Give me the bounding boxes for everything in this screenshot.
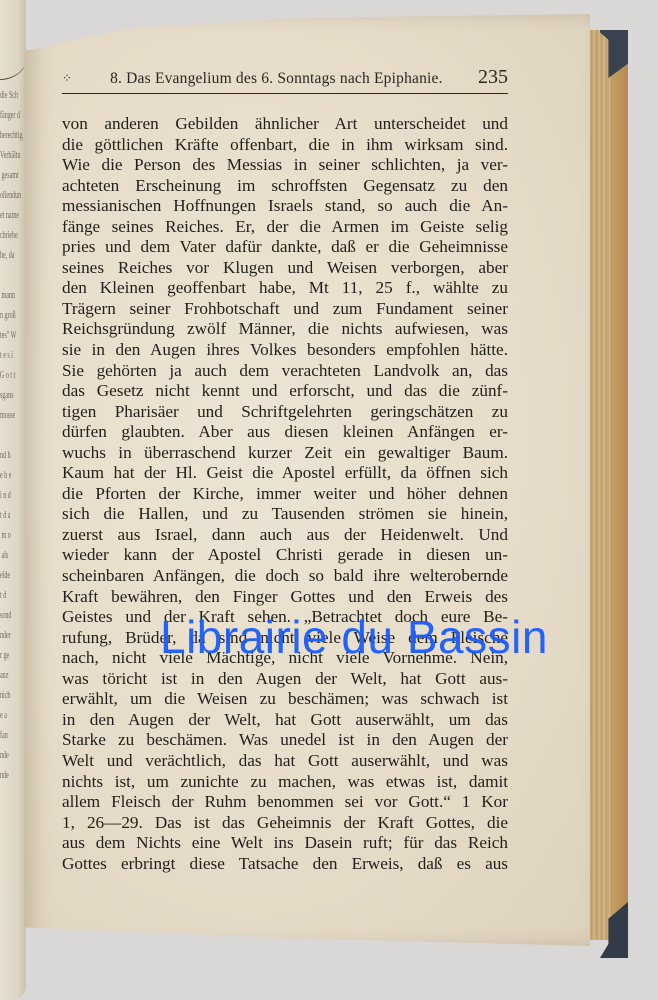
- text-line: tigen Pharisäer und Schriftgelehrten ger…: [62, 402, 508, 423]
- left-page-text-fragments: die Sch fänger d berechtig Verhältn gesa…: [0, 85, 14, 785]
- text-line: erwählt, um die Weisen zu beschämen; was…: [62, 689, 508, 710]
- text-line: 1, 26—29. Das ist das Geheimnis der Kraf…: [62, 813, 508, 834]
- text-line: Welt und verächtlich, das hat Gott auser…: [62, 751, 508, 772]
- text-line: in den Augen der Welt, hat Gott auserwäh…: [62, 710, 508, 731]
- text-line: Wie die Person des Messias in seiner sch…: [62, 155, 508, 176]
- watermark: Librairie du Bassin: [160, 612, 548, 662]
- text-line: dürfen glaubten. Aber aus diesen kleinen…: [62, 422, 508, 443]
- body-text: von anderen Gebilden ähnlicher Art unter…: [62, 114, 508, 874]
- text-line: allem Fleisch der Ruhm benommen sei vor …: [62, 792, 508, 813]
- text-line: wuchs in überraschend kurzer Zeit ein ge…: [62, 443, 508, 464]
- text-line: sich die Hallen, und zu Tausenden ströme…: [62, 504, 508, 525]
- book-cover-edge: [612, 30, 628, 940]
- text-line: die Pforten der Kirche, immer weiter und…: [62, 484, 508, 505]
- text-line: scheinbaren Anfängen, die doch so bald i…: [62, 566, 508, 587]
- text-line: Reichsgründung zwölf Männer, die nichts …: [62, 319, 508, 340]
- page-number: 235: [478, 66, 508, 89]
- text-line: Kraft bewähren, den Finger Gottes und de…: [62, 587, 508, 608]
- text-line: seines Reiches vor Klugen und Weisen ver…: [62, 258, 508, 279]
- running-header: ⁘ 8. Das Evangelium des 6. Sonntags nach…: [62, 66, 508, 94]
- text-line: pries und dem Vater dafür dankte, daß er…: [62, 237, 508, 258]
- text-line: Gottes erbringt diese Tatsache den Erwei…: [62, 854, 508, 875]
- chapter-title: 8. Das Evangelium des 6. Sonntags nach E…: [110, 70, 478, 88]
- text-line: messianischen Hoffnungen Israels stand, …: [62, 196, 508, 217]
- text-line: den Kleinen geoffenbart habe, Mt 11, 25 …: [62, 278, 508, 299]
- text-line: das Gesetz nicht kennt und erforscht, un…: [62, 381, 508, 402]
- text-line: zuerst aus Israel, dann auch aus der Hei…: [62, 525, 508, 546]
- text-line: was töricht ist in den Augen der Welt, h…: [62, 669, 508, 690]
- book-photo: die Sch fänger d berechtig Verhältn gesa…: [0, 0, 658, 1000]
- text-line: Trägern seiner Frohbotschaft und zum Fun…: [62, 299, 508, 320]
- left-facing-page-edge: die Sch fänger d berechtig Verhältn gesa…: [0, 0, 26, 1000]
- text-line: fänge seines Reiches. Er, der die Armen …: [62, 217, 508, 238]
- ornament-icon: ⁘: [62, 71, 72, 86]
- text-line: Kaum hat der Hl. Geist die Apostel erfül…: [62, 463, 508, 484]
- text-line: von anderen Gebilden ähnlicher Art unter…: [62, 114, 508, 135]
- text-line: Sie gehörten ja auch dem verachteten Lan…: [62, 361, 508, 382]
- text-line: achteten Erscheinung im schroffsten Gege…: [62, 176, 508, 197]
- text-line: die göttlichen Kräfte offenbart, die in …: [62, 135, 508, 156]
- text-line: nichts ist, um zunichte zu machen, was e…: [62, 772, 508, 793]
- text-line: Starke zu beschämen. Was unedel ist in d…: [62, 730, 508, 751]
- page-curl: [0, 40, 26, 80]
- text-line: aus dem Nichts eine Welt ins Dasein ruft…: [62, 833, 508, 854]
- text-line: sie in den Augen ihres Volkes besonders …: [62, 340, 508, 361]
- text-line: wieder kann der Apostel Christi gerade i…: [62, 545, 508, 566]
